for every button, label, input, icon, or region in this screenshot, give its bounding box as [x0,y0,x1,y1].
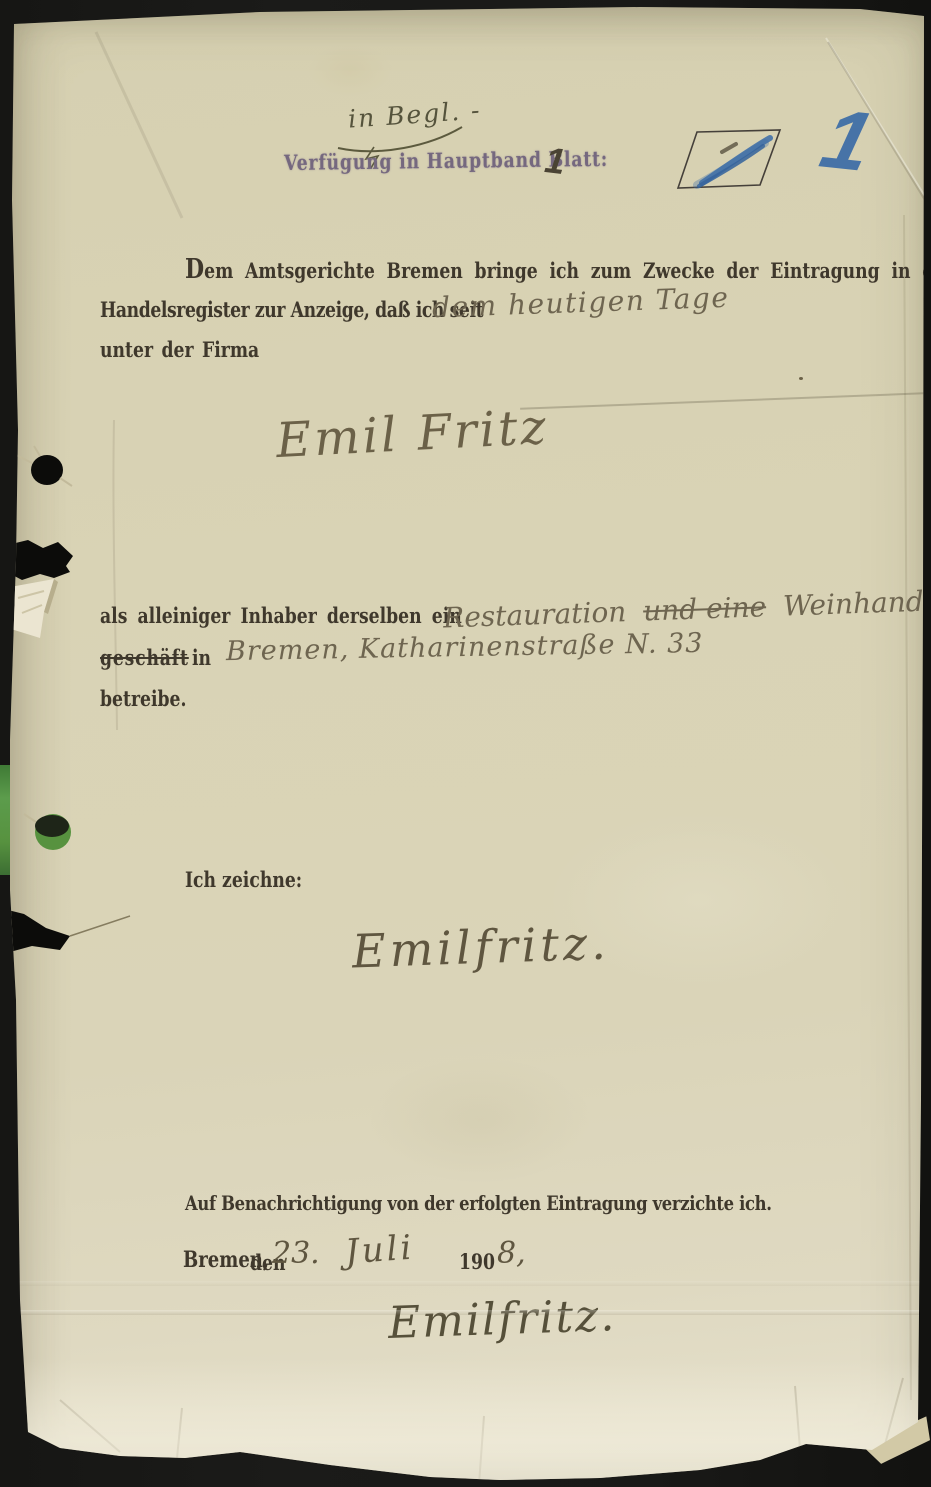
paragraph1-line2-handwritten: dem heutigen Tage [432,281,730,324]
fold-crease-top-left [96,32,182,218]
paragraph2-in: in [192,645,211,670]
torn-edge-lower [0,908,130,952]
struck-handwriting: und eine [643,590,767,627]
signature-1: Emilfritz. [351,916,610,979]
ink-dot [799,377,803,380]
punch-hole-top [16,446,72,486]
firm-name: Emil Fritz [275,399,550,469]
stamp-number: 1 [543,139,568,183]
top-annotation: in Begl. - [347,95,482,133]
fold-crease-horizontal-faint [0,1281,931,1286]
fold-crease-left-vertical [113,420,117,730]
torn-edge-flap [7,540,73,638]
signature-2: Emilfritz. [387,1290,617,1349]
green-backing-strip [0,765,10,875]
date-day: 23. [272,1236,320,1271]
sign-label: Ich zeichne: [185,867,302,892]
scan-background: in Begl. - Verfügung in Hauptband Blatt:… [0,0,931,1487]
paragraph1-line2-printed: Handelsregister zur Anzeige, daß ich sei… [100,297,483,322]
business-type-text2: Weinhandlung [782,583,931,623]
stray-ink-line [520,392,925,410]
paragraph2-city-handwritten: Bremen, Katharinenstraße N. 33 [226,628,704,667]
punch-hole-bottom [24,814,71,850]
paragraph2-handwritten-line1: Restauration und eine Weinhandlung [443,583,931,635]
date-month: Juli [344,1228,416,1273]
business-type-text: Restauration [443,595,627,634]
document-paper: in Begl. - Verfügung in Hauptband Blatt:… [0,0,931,1487]
bottom-paper-highlight [0,1358,931,1487]
blue-checkmark-icon [697,138,770,186]
bottom-creases [60,1378,903,1484]
paragraph2-printed: als alleiniger Inhaber derselben ein [100,603,462,628]
struck-printed-word: geschäft [100,645,189,670]
paragraph1-line1: Dem Amtsgerichte Bremen bringe ich zum Z… [185,254,931,285]
year-handwritten: 8, [497,1236,526,1271]
year-printed: 190 [459,1249,495,1274]
paragraph1-line3: unter der Firma [100,337,259,362]
blue-page-number: 1 [814,96,881,183]
paragraph2-close: betreibe. [100,686,187,711]
check-box [678,130,780,188]
notice-line: Auf Benachrichtigung von der erfolgten E… [185,1191,772,1215]
